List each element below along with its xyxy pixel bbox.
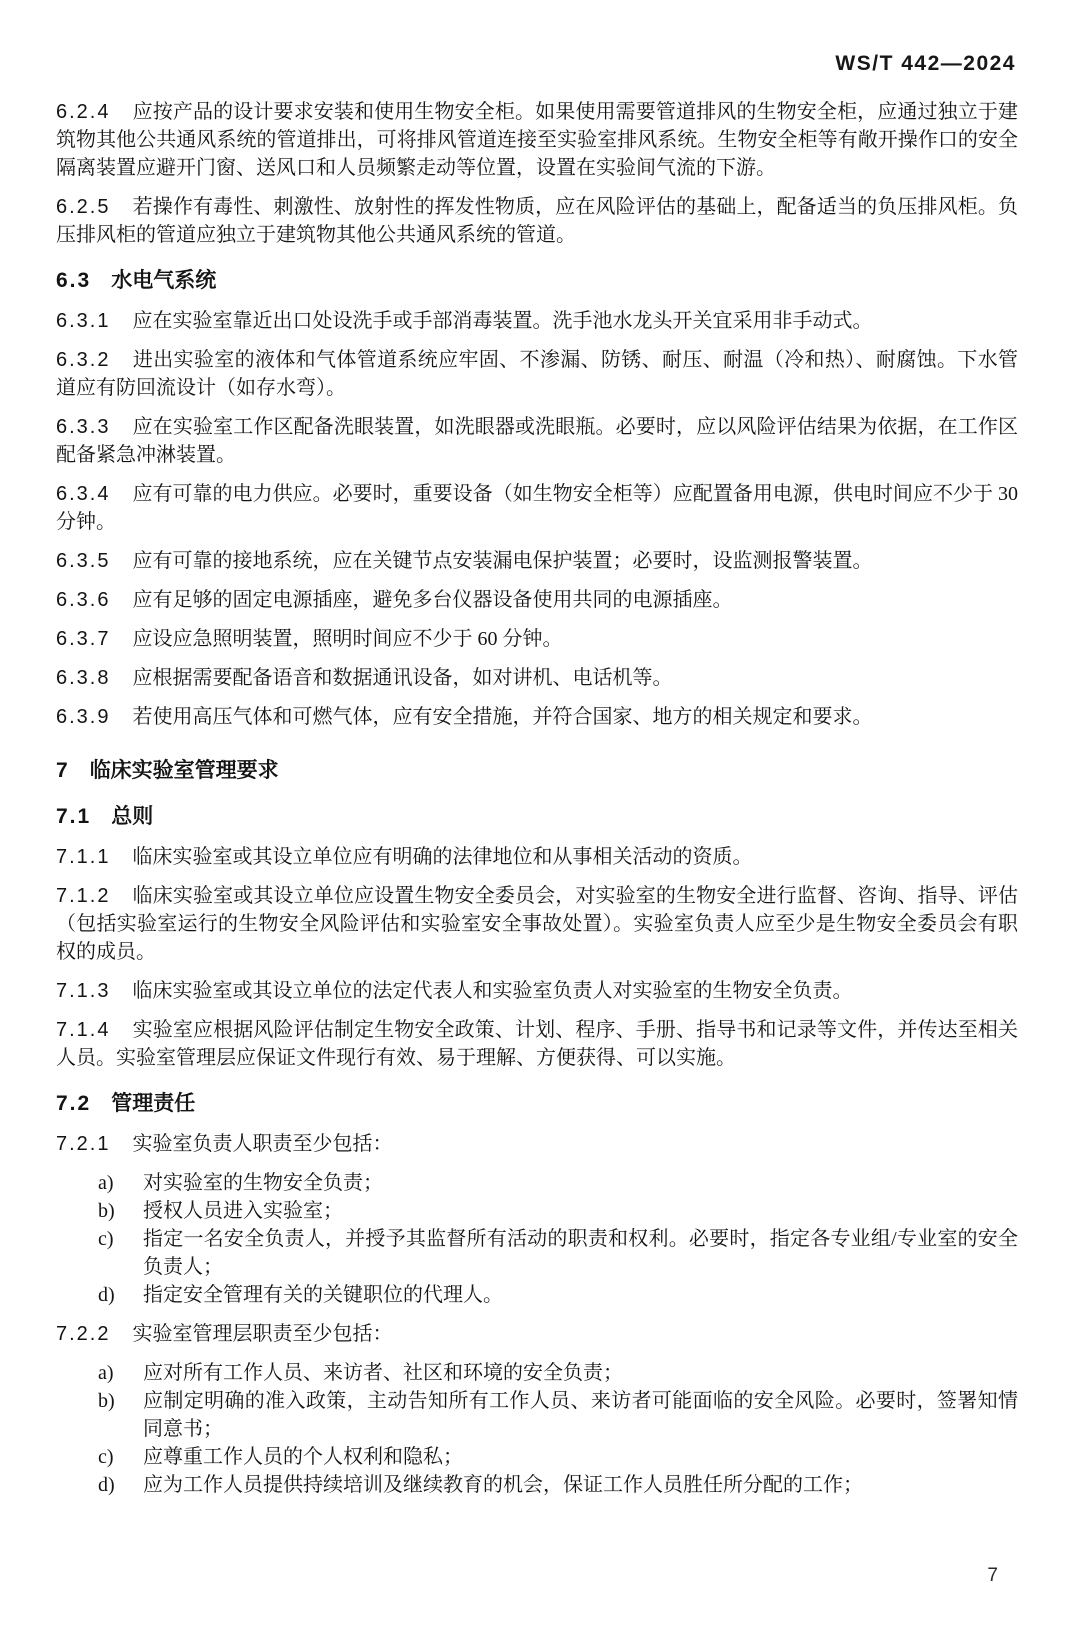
- clause-6.3.6: 6.3.6应有足够的固定电源插座，避免多台仪器设备使用共同的电源插座。: [56, 586, 1018, 614]
- list-item-text: 指定一名安全负责人，并授予其监督所有活动的职责和权利。必要时，指定各专业组/专业…: [143, 1228, 1018, 1278]
- clause-number: 7.1.1: [56, 846, 110, 868]
- list-item-label: a): [98, 1169, 114, 1197]
- list-item-label: d): [98, 1471, 115, 1499]
- clause-number: 6.3.6: [56, 589, 110, 611]
- clause-number: 6.2.4: [56, 101, 110, 123]
- list-item-d: d)指定安全管理有关的关键职位的代理人。: [56, 1281, 1018, 1309]
- list-item-d: d)应为工作人员提供持续培训及继续教育的机会，保证工作人员胜任所分配的工作；: [56, 1471, 1018, 1499]
- heading-number: 7.1: [56, 805, 91, 828]
- clause-text: 应有足够的固定电源插座，避免多台仪器设备使用共同的电源插座。: [132, 589, 732, 611]
- list-item-text: 应为工作人员提供持续培训及继续教育的机会，保证工作人员胜任所分配的工作；: [143, 1474, 863, 1496]
- standard-number-header: WS/T 442—2024: [835, 52, 1016, 76]
- clause-6.3.3: 6.3.3应在实验室工作区配备洗眼装置，如洗眼器或洗眼瓶。必要时，应以风险评估结…: [56, 413, 1018, 469]
- list-item-label: b): [98, 1387, 115, 1415]
- heading-title: 水电气系统: [111, 269, 216, 292]
- heading-title: 总则: [111, 805, 153, 828]
- document-page: WS/T 442—2024 6.2.4应按产品的设计要求安装和使用生物安全柜。如…: [0, 0, 1080, 1629]
- clause-6.3.4: 6.3.4应有可靠的电力供应。必要时，重要设备（如生物安全柜等）应配置备用电源，…: [56, 480, 1018, 536]
- clause-number: 6.3.5: [56, 550, 110, 572]
- clause-text: 临床实验室或其设立单位应设置生物安全委员会，对实验室的生物安全进行监督、咨询、指…: [56, 885, 1018, 963]
- list-item-label: d): [98, 1281, 115, 1309]
- clause-number: 7.1.3: [56, 980, 110, 1002]
- clause-text: 进出实验室的液体和气体管道系统应牢固、不渗漏、防锈、耐压、耐温（冷和热）、耐腐蚀…: [56, 349, 1018, 399]
- clause-7.1.1: 7.1.1临床实验室或其设立单位应有明确的法律地位和从事相关活动的资质。: [56, 843, 1018, 871]
- clause-7.2.2: 7.2.2实验室管理层职责至少包括：: [56, 1320, 1018, 1348]
- list-item-c: c)指定一名安全负责人，并授予其监督所有活动的职责和权利。必要时，指定各专业组/…: [56, 1225, 1018, 1281]
- document-body: 6.2.4应按产品的设计要求安装和使用生物安全柜。如果使用需要管道排风的生物安全…: [56, 98, 1018, 1510]
- clause-6.3.7: 6.3.7应设应急照明装置，照明时间应不少于 60 分钟。: [56, 625, 1018, 653]
- clause-text: 应在实验室工作区配备洗眼装置，如洗眼器或洗眼瓶。必要时，应以风险评估结果为依据，…: [56, 416, 1018, 466]
- list-item-text: 应对所有工作人员、来访者、社区和环境的安全负责；: [143, 1362, 623, 1384]
- heading-number: 7.2: [56, 1092, 91, 1115]
- clause-number: 6.3.1: [56, 310, 110, 332]
- list-item-a: a)应对所有工作人员、来访者、社区和环境的安全负责；: [56, 1359, 1018, 1387]
- clause-7.1.4: 7.1.4实验室应根据风险评估制定生物安全政策、计划、程序、手册、指导书和记录等…: [56, 1016, 1018, 1072]
- clause-text: 应有可靠的电力供应。必要时，重要设备（如生物安全柜等）应配置备用电源，供电时间应…: [56, 483, 1018, 533]
- clause-text: 应在实验室靠近出口处设洗手或手部消毒装置。洗手池水龙头开关宜采用非手动式。: [132, 310, 872, 332]
- clause-number: 6.3.4: [56, 483, 110, 505]
- clause-6.3.2: 6.3.2进出实验室的液体和气体管道系统应牢固、不渗漏、防锈、耐压、耐温（冷和热…: [56, 346, 1018, 402]
- clause-text: 应根据需要配备语音和数据通讯设备，如对讲机、电话机等。: [132, 667, 672, 689]
- heading-title: 临床实验室管理要求: [90, 759, 279, 782]
- clause-6.3.9: 6.3.9若使用高压气体和可燃气体，应有安全措施，并符合国家、地方的相关规定和要…: [56, 703, 1018, 731]
- clause-6.3.5: 6.3.5应有可靠的接地系统，应在关键节点安装漏电保护装置；必要时，设监测报警装…: [56, 547, 1018, 575]
- list-item-a: a)对实验室的生物安全负责；: [56, 1169, 1018, 1197]
- page-number: 7: [987, 1565, 998, 1587]
- heading-number: 7: [56, 759, 70, 782]
- list-item-text: 应制定明确的准入政策，主动告知所有工作人员、来访者可能面临的安全风险。必要时，签…: [143, 1390, 1018, 1440]
- clause-number: 6.3.7: [56, 628, 110, 650]
- list-item-text: 授权人员进入实验室；: [143, 1200, 343, 1222]
- chapter-heading-7: 7临床实验室管理要求: [56, 757, 1018, 785]
- clause-text: 实验室负责人职责至少包括：: [132, 1133, 392, 1155]
- clause-7.2.1: 7.2.1实验室负责人职责至少包括：: [56, 1130, 1018, 1158]
- list-item-text: 应尊重工作人员的个人权利和隐私；: [143, 1446, 463, 1468]
- list-item-label: b): [98, 1197, 115, 1225]
- clause-6.2.4: 6.2.4应按产品的设计要求安装和使用生物安全柜。如果使用需要管道排风的生物安全…: [56, 98, 1018, 182]
- list-item-text: 指定安全管理有关的关键职位的代理人。: [143, 1284, 503, 1306]
- clause-list: a)对实验室的生物安全负责；b)授权人员进入实验室；c)指定一名安全负责人，并授…: [56, 1169, 1018, 1309]
- clause-number: 6.3.8: [56, 667, 110, 689]
- list-item-c: c)应尊重工作人员的个人权利和隐私；: [56, 1443, 1018, 1471]
- clause-6.2.5: 6.2.5若操作有毒性、刺激性、放射性的挥发性物质，应在风险评估的基础上，配备适…: [56, 193, 1018, 249]
- clause-number: 6.3.2: [56, 349, 110, 371]
- clause-number: 7.1.4: [56, 1019, 110, 1041]
- clause-text: 若使用高压气体和可燃气体，应有安全措施，并符合国家、地方的相关规定和要求。: [132, 706, 872, 728]
- clause-text: 应按产品的设计要求安装和使用生物安全柜。如果使用需要管道排风的生物安全柜，应通过…: [56, 101, 1018, 179]
- list-item-b: b)应制定明确的准入政策，主动告知所有工作人员、来访者可能面临的安全风险。必要时…: [56, 1387, 1018, 1443]
- clause-number: 6.2.5: [56, 196, 110, 218]
- list-item-label: c): [98, 1443, 114, 1471]
- clause-text: 临床实验室或其设立单位的法定代表人和实验室负责人对实验室的生物安全负责。: [132, 980, 852, 1002]
- clause-6.3.1: 6.3.1应在实验室靠近出口处设洗手或手部消毒装置。洗手池水龙头开关宜采用非手动…: [56, 307, 1018, 335]
- clause-number: 7.2.2: [56, 1323, 110, 1345]
- section-heading-6.3: 6.3水电气系统: [56, 267, 1018, 295]
- clause-list: a)应对所有工作人员、来访者、社区和环境的安全负责；b)应制定明确的准入政策，主…: [56, 1359, 1018, 1499]
- clause-number: 7.1.2: [56, 885, 110, 907]
- clause-number: 7.2.1: [56, 1133, 110, 1155]
- heading-number: 6.3: [56, 269, 91, 292]
- list-item-label: c): [98, 1225, 114, 1253]
- clause-text: 应设应急照明装置，照明时间应不少于 60 分钟。: [132, 628, 562, 650]
- clause-text: 实验室应根据风险评估制定生物安全政策、计划、程序、手册、指导书和记录等文件，并传…: [56, 1019, 1018, 1069]
- clause-text: 若操作有毒性、刺激性、放射性的挥发性物质，应在风险评估的基础上，配备适当的负压排…: [56, 196, 1018, 246]
- section-heading-7.1: 7.1总则: [56, 803, 1018, 831]
- clause-text: 实验室管理层职责至少包括：: [132, 1323, 392, 1345]
- clause-number: 6.3.9: [56, 706, 110, 728]
- list-item-label: a): [98, 1359, 114, 1387]
- clause-7.1.3: 7.1.3临床实验室或其设立单位的法定代表人和实验室负责人对实验室的生物安全负责…: [56, 977, 1018, 1005]
- list-item-text: 对实验室的生物安全负责；: [143, 1172, 383, 1194]
- clause-6.3.8: 6.3.8应根据需要配备语音和数据通讯设备，如对讲机、电话机等。: [56, 664, 1018, 692]
- clause-text: 临床实验室或其设立单位应有明确的法律地位和从事相关活动的资质。: [132, 846, 752, 868]
- heading-title: 管理责任: [111, 1092, 195, 1115]
- list-item-b: b)授权人员进入实验室；: [56, 1197, 1018, 1225]
- clause-7.1.2: 7.1.2临床实验室或其设立单位应设置生物安全委员会，对实验室的生物安全进行监督…: [56, 882, 1018, 966]
- clause-number: 6.3.3: [56, 416, 110, 438]
- clause-text: 应有可靠的接地系统，应在关键节点安装漏电保护装置；必要时，设监测报警装置。: [132, 550, 872, 572]
- section-heading-7.2: 7.2管理责任: [56, 1090, 1018, 1118]
